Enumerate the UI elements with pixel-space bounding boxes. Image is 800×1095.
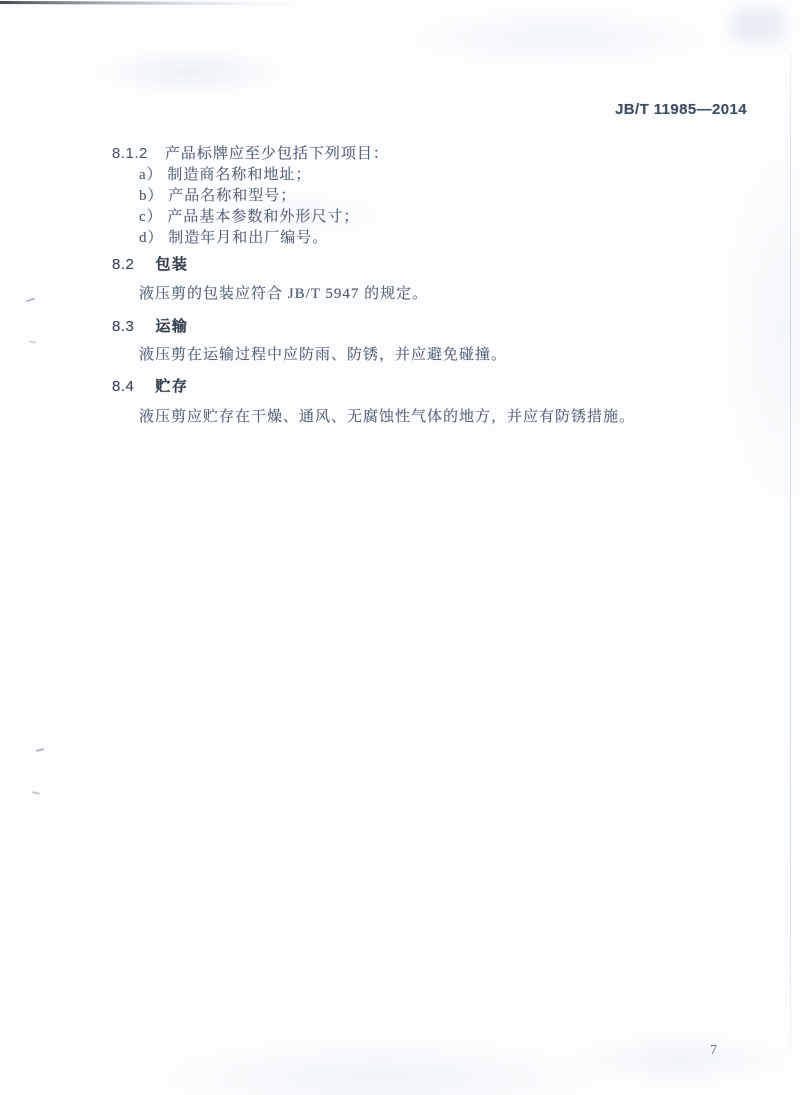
scan-artifact-top-right-smudge <box>732 8 784 42</box>
section-title: 贮存 <box>155 379 188 395</box>
section-number: 8.3 <box>112 318 134 335</box>
list-item-a: a） 制造商名称和地址； <box>139 163 311 184</box>
scan-paper-texture <box>0 0 800 1095</box>
section-title: 运输 <box>155 319 188 335</box>
clause-number: 8.1.2 <box>112 145 148 162</box>
list-item-b: b） 产品名称和型号； <box>139 184 296 205</box>
section-body-8-4: 液压剪应贮存在干燥、通风、无腐蚀性气体的地方，并应有防锈措施。 <box>139 405 635 426</box>
list-item-c: c） 产品基本参数和外形尺寸； <box>139 205 359 226</box>
clause-8-1-2: 8.1.2产品标牌应至少包括下列项目： <box>112 142 389 163</box>
section-number: 8.4 <box>112 378 134 395</box>
list-item-d: d） 制造年月和出厂编号。 <box>139 226 328 247</box>
scan-artifact-right-edge-line <box>790 52 791 1053</box>
scan-artifact-left-mark <box>32 791 40 795</box>
clause-text: 产品标牌应至少包括下列项目： <box>165 146 389 162</box>
scan-artifact-left-mark <box>36 748 44 752</box>
page-number: 7 <box>710 1043 717 1059</box>
section-heading-8-4: 8.4贮存 <box>112 375 188 396</box>
scan-artifact-left-mark <box>26 298 35 303</box>
standard-code-header: JB/T 11985—2014 <box>615 101 747 118</box>
section-number: 8.2 <box>112 256 134 273</box>
section-title: 包装 <box>155 257 188 273</box>
section-heading-8-2: 8.2包装 <box>112 253 188 274</box>
section-body-8-3: 液压剪在运输过程中应防雨、防锈，并应避免碰撞。 <box>139 343 507 364</box>
section-heading-8-3: 8.3运输 <box>112 315 188 336</box>
scan-artifact-top-edge <box>0 1 310 5</box>
section-body-8-2: 液压剪的包装应符合 JB/T 5947 的规定。 <box>139 282 428 303</box>
scan-artifact-left-mark <box>29 340 36 343</box>
